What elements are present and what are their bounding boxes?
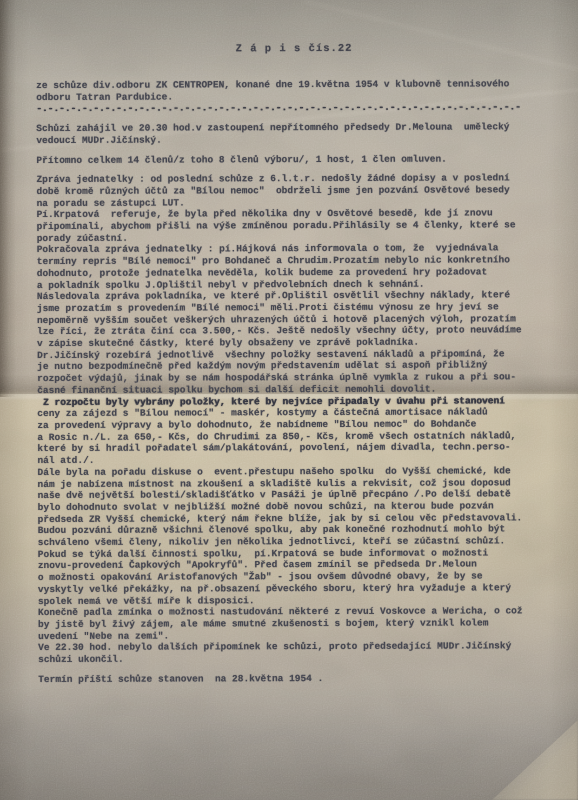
paper-vignette: [0, 0, 578, 800]
photographed-document: Z á p i s čís.22 ze schůze div.odboru ZK…: [0, 0, 578, 800]
